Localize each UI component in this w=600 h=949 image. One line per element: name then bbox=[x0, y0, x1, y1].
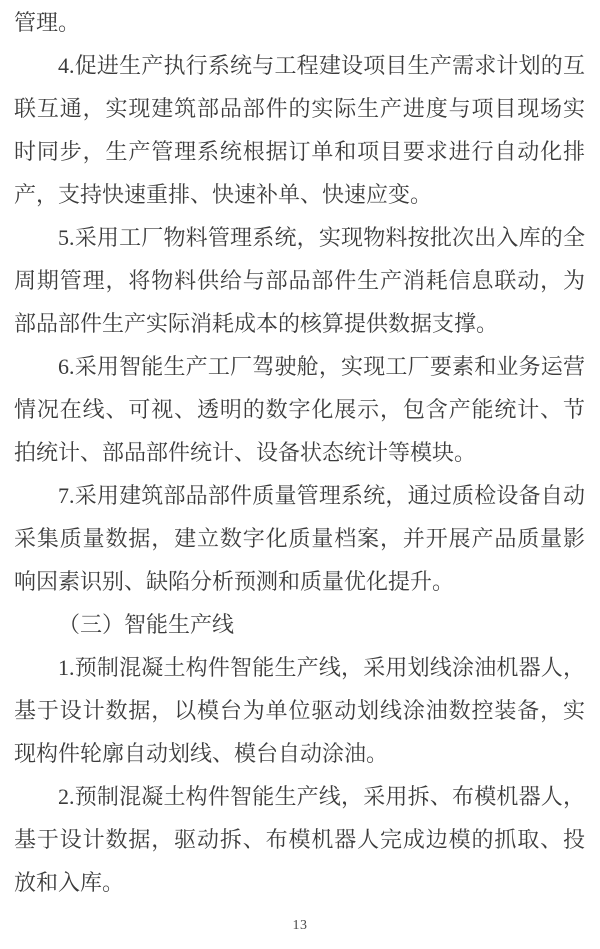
paragraph-continuation: 管理。 bbox=[14, 1, 585, 44]
paragraph-item-2: 2.预制混凝土构件智能生产线，采用拆、布模机器人，基于设计数据，驱动拆、布模机器… bbox=[14, 775, 585, 904]
document-body: 管理。 4.促进生产执行系统与工程建设项目生产需求计划的互联互通，实现建筑部品部… bbox=[0, 0, 600, 904]
page-number: 13 bbox=[0, 917, 600, 935]
paragraph-item-4: 4.促进生产执行系统与工程建设项目生产需求计划的互联互通，实现建筑部品部件的实际… bbox=[14, 44, 585, 216]
paragraph-item-7: 7.采用建筑部品部件质量管理系统，通过质检设备自动采集质量数据，建立数字化质量档… bbox=[14, 474, 585, 603]
paragraph-item-6: 6.采用智能生产工厂驾驶舱，实现工厂要素和业务运营情况在线、可视、透明的数字化展… bbox=[14, 345, 585, 474]
paragraph-item-5: 5.采用工厂物料管理系统，实现物料按批次出入库的全周期管理，将物料供给与部品部件… bbox=[14, 216, 585, 345]
paragraph-item-1: 1.预制混凝土构件智能生产线，采用划线涂油机器人，基于设计数据，以模台为单位驱动… bbox=[14, 646, 585, 775]
document-page: 管理。 4.促进生产执行系统与工程建设项目生产需求计划的互联互通，实现建筑部品部… bbox=[0, 0, 600, 949]
section-heading: （三）智能生产线 bbox=[14, 603, 585, 646]
